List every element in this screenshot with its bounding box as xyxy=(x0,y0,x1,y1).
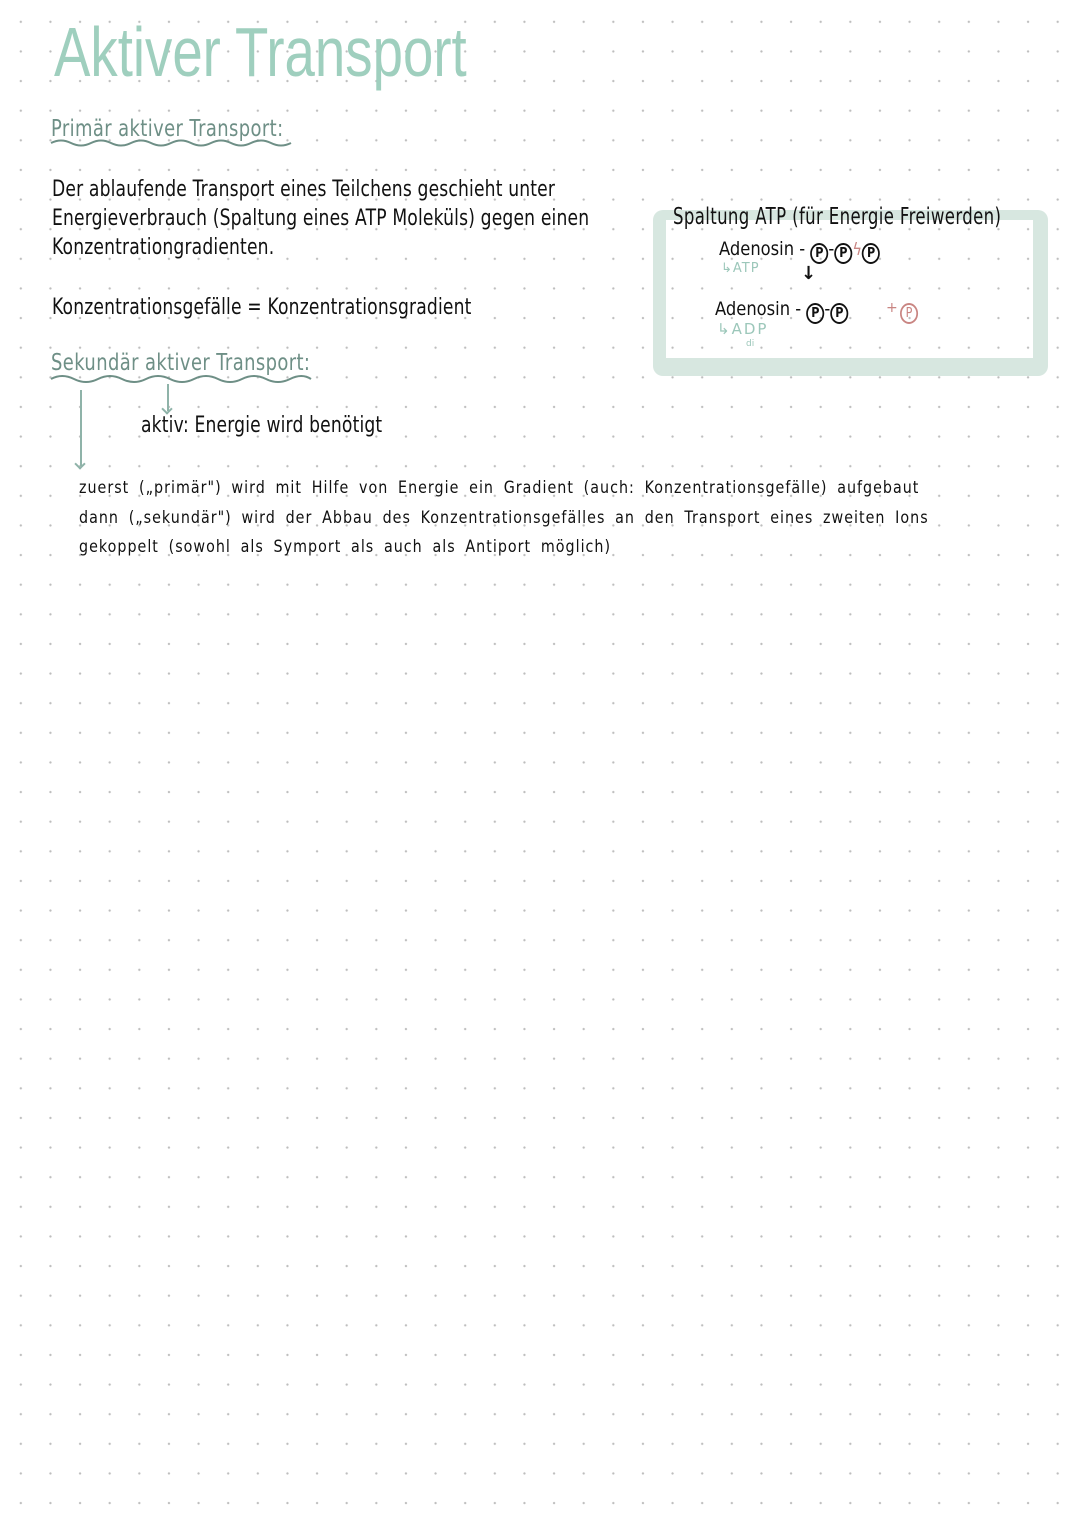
wavy-underline xyxy=(50,138,292,148)
atp-formula: Adenosin - P-PϟP xyxy=(719,237,880,264)
phosphate-icon: P xyxy=(806,303,824,324)
adenosine-label: Adenosin - xyxy=(715,298,801,320)
page-title: Aktiver Transport xyxy=(54,12,467,92)
explanation-line-1: zuerst („primär") wird mit Hilfe von Ene… xyxy=(79,473,919,503)
bond-dash: - xyxy=(824,298,830,320)
bond-dash: - xyxy=(828,238,834,260)
phosphate-icon: P xyxy=(810,243,828,264)
arrow-down-icon xyxy=(167,384,169,411)
explanation-line-2: dann („sekundär") wird der Abbau des Kon… xyxy=(79,503,929,533)
phosphate-icon: P xyxy=(834,243,852,264)
arrow-down-icon xyxy=(80,390,82,466)
phosphate-icon: P xyxy=(830,303,848,324)
primary-line-1: Der ablaufende Transport eines Teilchens… xyxy=(52,175,555,205)
arrow-down-icon: ↓ xyxy=(801,263,816,284)
definition-equation: Konzentrationsgefälle = Konzentrationsgr… xyxy=(52,293,471,323)
adp-label: ↳ADP xyxy=(717,321,768,337)
phosphate-icon: P xyxy=(862,243,880,264)
lightning-icon: ϟ xyxy=(852,240,862,260)
atp-splitting-box xyxy=(653,210,1048,376)
atp-label: ↳ATP xyxy=(721,261,760,277)
plus-sign: + xyxy=(886,300,898,316)
primary-line-2: Energieverbrauch (Spaltung eines ATP Mol… xyxy=(52,204,589,234)
primary-line-3: Konzentrationgradienten. xyxy=(52,233,274,263)
wavy-underline xyxy=(50,373,312,385)
adenosine-label: Adenosin - xyxy=(719,238,805,260)
free-phosphate: P xyxy=(900,297,918,324)
atp-box-heading: Spaltung ATP (für Energie Freiwerden) xyxy=(673,202,1001,232)
di-note: di xyxy=(746,339,754,349)
active-note: aktiv: Energie wird benötigt xyxy=(141,411,382,441)
phosphate-icon: P xyxy=(900,303,918,324)
explanation-line-3: gekoppelt (sowohl als Symport als auch a… xyxy=(79,532,611,562)
